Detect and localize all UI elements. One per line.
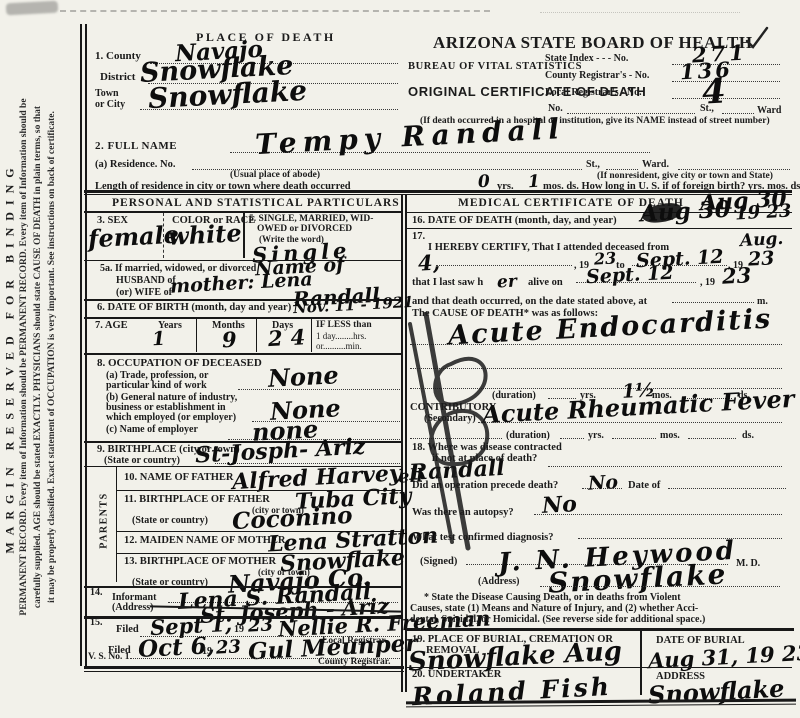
residence-label: (a) Residence. No. (95, 159, 175, 170)
occupation-label: 8. OCCUPATION OF DECEASED (97, 357, 262, 369)
father-name-label: 10. NAME OF FATHER (124, 472, 233, 483)
death-occurred-line (672, 292, 754, 303)
binding-rule (85, 24, 87, 666)
filed-1-label: Filed (116, 624, 139, 635)
rule-heavy (84, 666, 404, 669)
rule (406, 228, 792, 229)
rule-heavy (406, 628, 794, 631)
nonresident-note: (If nonresident, give city or town and S… (597, 171, 773, 181)
header-rule (84, 194, 792, 195)
if-less-label-2: 1 day........hrs. (316, 331, 366, 341)
st-line (722, 100, 754, 114)
if-less-label-3: or..........min. (316, 341, 362, 351)
duration2-line (612, 428, 656, 439)
footnote-line-2: Causes, state (1) Means and Nature of In… (410, 603, 698, 614)
residence-ward-label: Ward. (642, 159, 669, 170)
residence-ward-line (678, 156, 790, 170)
marital-label-1: 5. SINGLE, MARRIED, WID- (249, 214, 373, 224)
full-name-label: 2. FULL NAME (95, 140, 177, 152)
physician-address-line (540, 576, 780, 587)
rule (640, 667, 792, 668)
footnote-line-1: * State the Disease Causing Death, or in… (424, 592, 681, 603)
occupation-c-label: (c) Name of employer (106, 424, 198, 435)
local-registrar-no-line (672, 84, 780, 99)
cell-divider (243, 213, 245, 258)
margin-instruction-line-1: PERMANENT RECORD. Every item of Informat… (19, 2, 29, 712)
county-registrar-no-label: County Registrar's - No. (545, 70, 649, 81)
margin-instruction-line-3: it may be properly classified. Exact sta… (47, 2, 57, 712)
alive-on-label: alive on (528, 277, 563, 288)
duration2-ds-label: ds. (742, 430, 754, 441)
mother-maiden-label: 12. MAIDEN NAME OF MOTHER (124, 535, 285, 546)
rule (84, 317, 402, 319)
district-label: District (100, 71, 135, 83)
occupation-a-label-2: particular kind of work (106, 380, 207, 391)
town-label-2: or City (95, 99, 125, 110)
mother-birthplace-label: 13. BIRTHPLACE OF MOTHER (124, 556, 276, 567)
cell-divider (256, 318, 257, 352)
vs-no-label: V. S. No. 1 (88, 652, 130, 662)
parents-divider (116, 466, 117, 582)
birthplace-state-label: (State or country) (104, 455, 180, 466)
husband-of-label: HUSBAND of (116, 275, 176, 286)
duration2-line (688, 428, 736, 439)
informant-number: 14. (90, 587, 103, 598)
parents-label: PARENTS (99, 491, 110, 551)
age-years-value: 1 (151, 328, 165, 351)
wife-of-label: (or) WIFE of (116, 287, 172, 298)
ward-label: Ward (757, 105, 781, 116)
death-certificate-scan: MARGIN RESERVED FOR BINDING PERMANENT RE… (0, 0, 800, 718)
residence-line (192, 156, 582, 170)
where-contracted-line (548, 456, 782, 467)
autopsy-line (534, 504, 782, 515)
stray-scrawl: ell (397, 465, 423, 487)
filed-number: 15. (90, 617, 103, 628)
certify-label: I HEREBY CERTIFY, That I attended deceas… (428, 242, 669, 253)
last-saw-label: that I last saw h (412, 277, 483, 288)
last-saw-year-printed: , 19 (700, 277, 715, 288)
personal-title: PERSONAL AND STATISTICAL PARTICULARS (112, 197, 400, 209)
cell-divider (196, 318, 197, 352)
state-index-label: State Index - - - No. (545, 53, 628, 64)
informant-address-label: (Address) (112, 602, 153, 613)
rule (406, 667, 640, 668)
street-no-line (567, 100, 695, 114)
father-birthplace-state-label: (State or country) (132, 515, 208, 526)
margin-instruction-line-2: carefully supplied. AGE should be stated… (33, 2, 43, 712)
duration2-yrs-label: yrs. (588, 430, 604, 441)
date-of-line (668, 478, 786, 489)
scan-smudge-line (540, 12, 740, 13)
md-label: M. D. (736, 558, 760, 569)
date-of-label: Date of (628, 480, 660, 491)
sex-value: female (87, 220, 179, 254)
cell-divider (311, 318, 312, 352)
scan-smudge-line (60, 10, 490, 12)
age-label: 7. AGE (95, 320, 128, 331)
residence-st-label: St., (586, 159, 600, 170)
age-days-value: 24 (267, 324, 313, 351)
attended-to-year: 23 (747, 247, 775, 270)
test-confirmed-line (578, 528, 782, 539)
occupation-b-label-3: which employed (or employer) (106, 412, 236, 423)
duration2-mos-label: mos. (660, 430, 680, 441)
burial-grid-divider (640, 631, 642, 695)
occupation-a-value: None (267, 360, 339, 393)
date-of-death-label: 16. DATE OF DEATH (month, day, and year) (412, 215, 617, 226)
binding-rule (80, 24, 82, 666)
color-race-value: white (167, 218, 242, 251)
date-of-death-value: Aug 30 (639, 196, 731, 228)
abode-note: (Usual place of abode) (230, 170, 320, 180)
rule (84, 260, 402, 261)
footnote-line-3: dental, Suicidal, or Homicidal. (See rev… (410, 614, 705, 625)
date-of-death-year: 19 23 (734, 201, 791, 225)
st-label: St., (700, 103, 714, 114)
operation-line (582, 478, 622, 489)
if-less-label-1: IF LESS than (316, 320, 372, 330)
pencil-scribble (396, 312, 516, 552)
last-saw-value: Sept. 12 (585, 262, 674, 289)
section-17-number: 17. (412, 231, 425, 242)
dob-label: 6. DATE OF BIRTH (month, day and year) (97, 302, 291, 313)
local-registrar-no-label: Local Registrar's - No. (545, 87, 642, 98)
signed-label: (Signed) (420, 556, 457, 567)
age-months-value: 9 (221, 327, 237, 353)
rule (84, 353, 402, 355)
attended-from-line (436, 255, 572, 266)
marital-label-2: OWED or DIVORCED (257, 224, 352, 234)
residence-st-line (606, 156, 638, 170)
town-label: Town (95, 88, 119, 99)
rule (84, 671, 404, 672)
duration2-line (560, 428, 584, 439)
header-rule (84, 190, 792, 193)
last-saw-year: 23 (721, 262, 752, 288)
father-birthplace-label: 11. BIRTHPLACE OF FATHER (124, 494, 270, 505)
county-label: 1. County (95, 50, 141, 62)
contributory-line (478, 412, 782, 423)
check-mark (744, 26, 770, 50)
margin-binding-text: MARGIN RESERVED FOR BINDING (3, 3, 18, 713)
full-name-value: Tempy Randall (254, 112, 565, 161)
last-saw-her: er (496, 271, 517, 292)
death-occurred-label: and that death occurred, on the date sta… (412, 296, 647, 307)
physician-address-label: (Address) (478, 576, 519, 587)
